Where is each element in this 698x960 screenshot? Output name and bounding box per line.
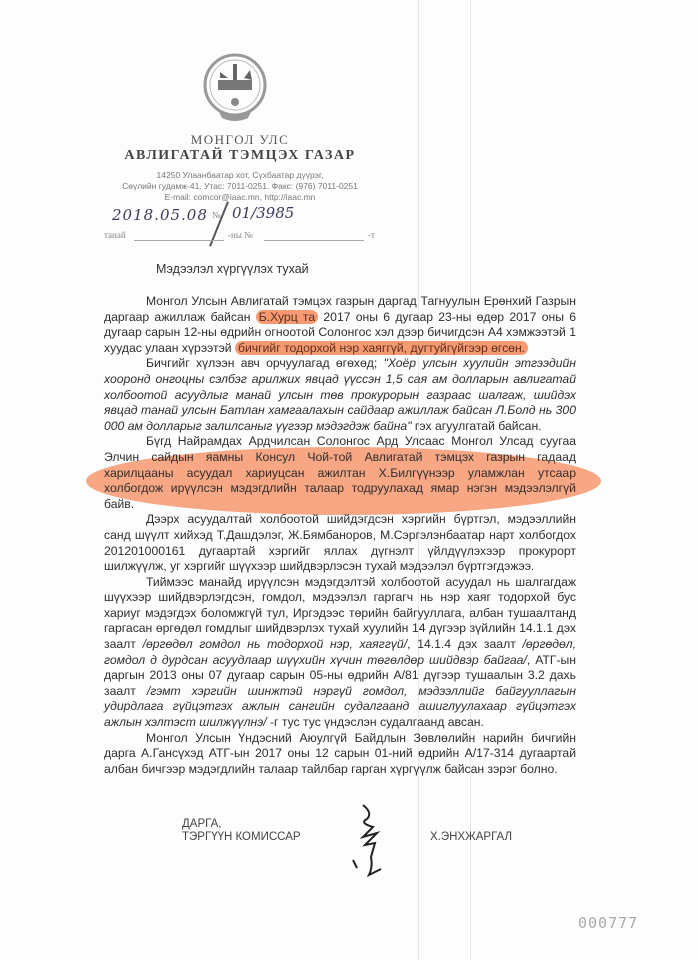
handwritten-signature-icon [345, 800, 395, 890]
mongolia-state-emblem-icon [200, 50, 270, 128]
handwritten-reference-number: 01/3985 [232, 204, 294, 222]
contact-line: Сөүлийн гудамж-41. Утас: 7011-0251. Факс… [100, 181, 380, 192]
handwritten-date: 2018.05.08 [112, 206, 208, 224]
blank-line [134, 240, 224, 241]
letter-subject: Мэдээлэл хүргүүлэх тухай [156, 262, 309, 276]
highlighted-name: Б.Хурц та [256, 310, 318, 324]
paragraph-6: Монгол Улсын Үндэсний Аюулгүй Байдлын Зө… [104, 731, 576, 778]
email-line: E-mail: comcor@iaac.mn, http://iaac.mn [100, 192, 380, 203]
letter-body: Монгол Улсын Авлигатай тэмцэх газрын дар… [104, 294, 576, 777]
reply-reference-row: танай -ны № -т [104, 230, 374, 242]
paragraph-1: Монгол Улсын Авлигатай тэмцэх газрын дар… [104, 294, 576, 356]
blank-line [264, 240, 364, 241]
serial-number: 000777 [578, 914, 638, 932]
address-line: 14250 Улаанбаатар хот, Сүхбаатар дүүрэг, [100, 170, 380, 181]
reply-label-tanai: танай [104, 230, 126, 240]
paragraph-2: Бичгийг хүлээн авч орчуулагад өгөхөд; "Х… [104, 356, 576, 434]
country-name: МОНГОЛ УЛС [100, 132, 380, 148]
paragraph-4: Дээрх асуудалтай холбоотой шийдэгдсэн хэ… [104, 512, 576, 574]
signatory-name: Х.ЭНХЖАРГАЛ [430, 831, 512, 843]
reply-label-nyi: -ны № [228, 230, 253, 240]
highlighted-phrase: бичгийг тодорхой нэр хаяггүй, дугтуйгүйг… [235, 341, 528, 355]
paragraph-3-highlighted: Бүгд Найрамдах Ардчилсан Солонгос Ард Ул… [104, 434, 576, 512]
scanned-letter-page: МОНГОЛ УЛС АВЛИГАТАЙ ТЭМЦЭХ ГАЗАР 14250 … [0, 0, 698, 960]
reply-label-suffix: -т [368, 230, 375, 240]
signatory-title: ДАРГА, ТЭРГҮҮН КОМИССАР [182, 818, 301, 844]
paragraph-5: Тиймээс манайд ирүүлсэн мэдэгдэлтэй холб… [104, 575, 576, 731]
agency-name: АВЛИГАТАЙ ТЭМЦЭХ ГАЗАР [100, 148, 380, 164]
